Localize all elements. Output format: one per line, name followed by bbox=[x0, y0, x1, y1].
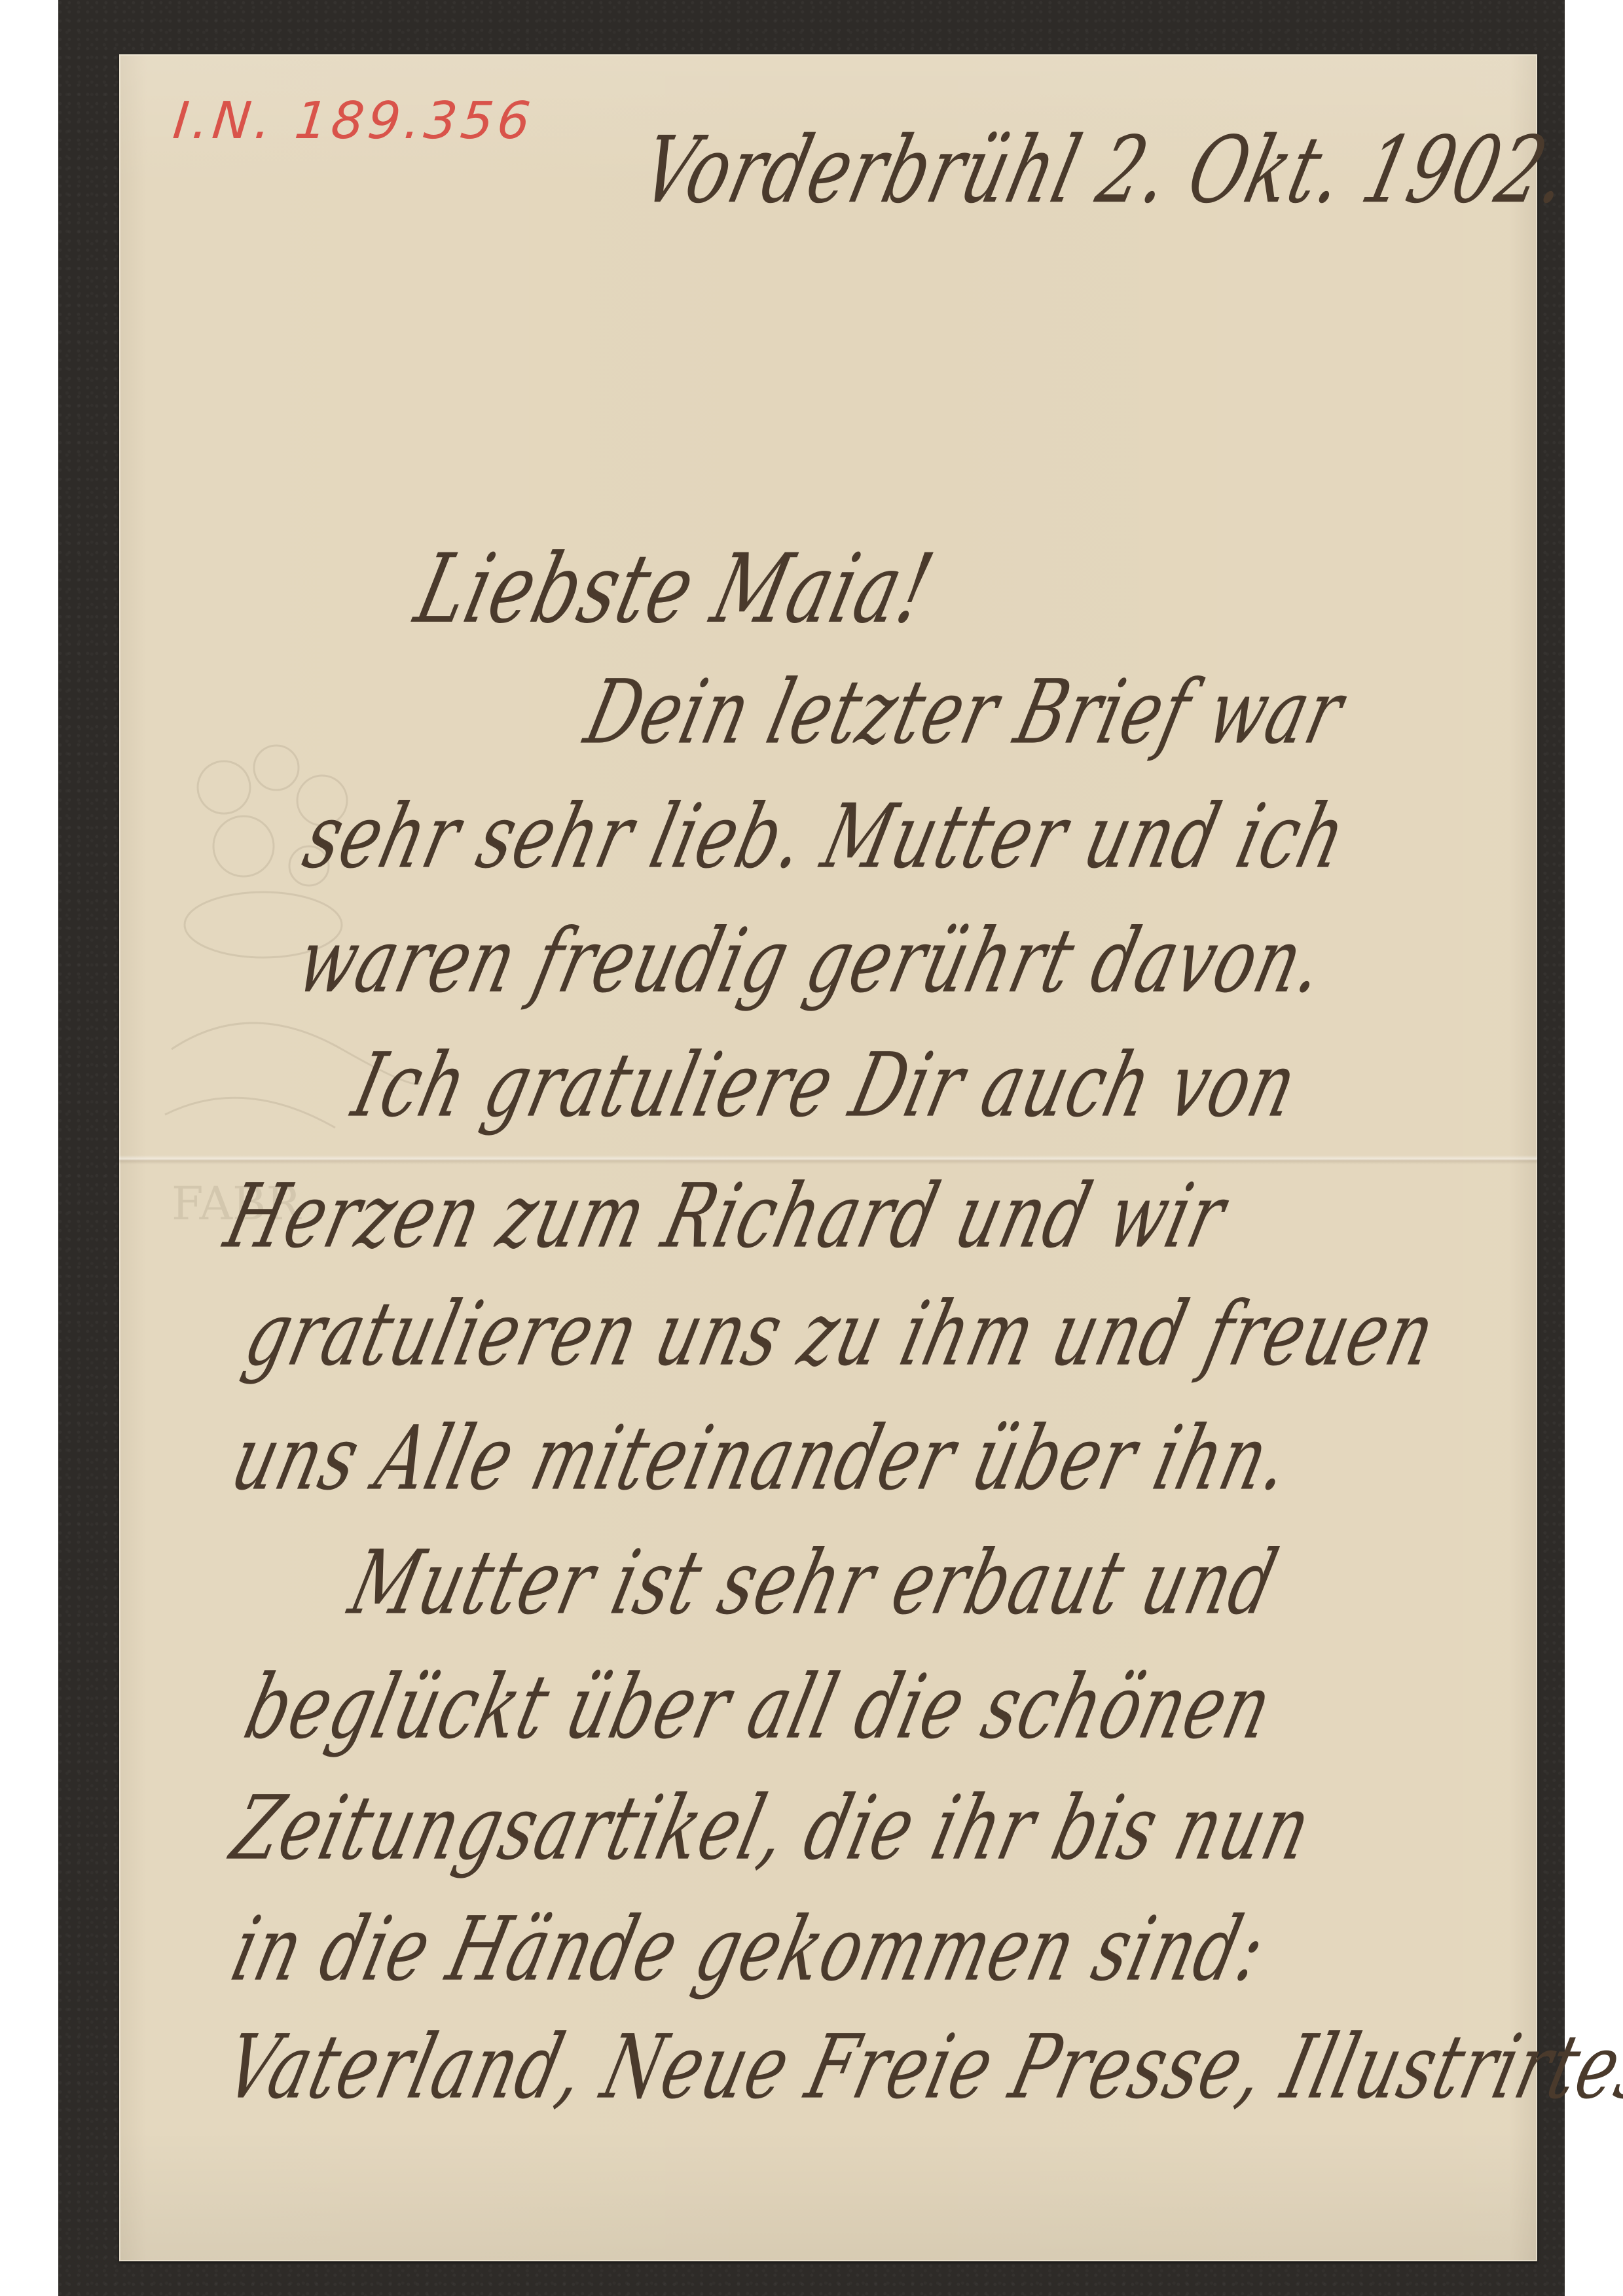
letter-line: gratulieren uns zu ihm und freuen bbox=[236, 1282, 1446, 1386]
archive-inventory-stamp: I.N. 189.356 bbox=[170, 92, 537, 151]
letter-line: Mutter ist sehr erbaut und bbox=[340, 1531, 1288, 1634]
letter-line: in die Hände gekommen sind: bbox=[223, 1897, 1276, 2001]
salutation: Liebste Maia! bbox=[406, 534, 944, 645]
letter-line: Zeitungsartikel, die ihr bis nun bbox=[223, 1776, 1322, 1880]
letter-line: waren freudig gerührt davon. bbox=[288, 909, 1336, 1013]
fold-crease bbox=[119, 1155, 1537, 1164]
letter-line: uns Alle miteinander über ihn. bbox=[223, 1407, 1302, 1510]
place-date-line: Vorderbrühl 2. Okt. 1902. bbox=[632, 116, 1581, 224]
letter-line: Dein letzter Brief war bbox=[576, 660, 1354, 764]
letter-line: Herzen zum Richard und wir bbox=[216, 1164, 1236, 1268]
letter-line: Ich gratuliere Dir auch von bbox=[344, 1033, 1307, 1137]
letter-line: Vaterland, Neue Freie Presse, Illustrirt… bbox=[216, 2015, 1623, 2119]
letter-line: beglückt über all die schönen bbox=[236, 1655, 1283, 1759]
letter-line: sehr sehr lieb. Mutter und ich bbox=[295, 785, 1357, 888]
